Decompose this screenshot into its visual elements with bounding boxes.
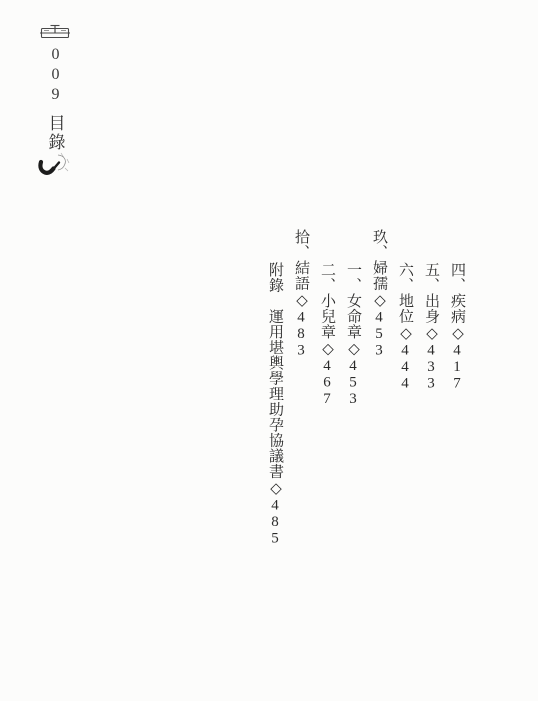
toc-entry-background: 五、出身◇433 — [418, 229, 444, 559]
page-number: 009 — [46, 46, 64, 106]
toc-entry-women-children: 玖、婦孺◇453 — [366, 229, 392, 559]
toc-list: 四、疾病◇417 五、出身◇433 六、地位◇444 玖、婦孺◇453 一、女命… — [262, 229, 470, 559]
ink-scribble-icon — [36, 150, 74, 182]
toc-entry-status: 六、地位◇444 — [392, 229, 418, 559]
section-title: 目錄 — [43, 114, 68, 152]
page-header: 009 目錄 — [36, 24, 74, 182]
toc-entry-appendix: 附錄 運用堪輿學理助孕協議書◇485 — [262, 229, 288, 559]
book-page: 009 目錄 四、疾病◇417 五、出身◇433 六、地位◇444 玖、婦孺◇4… — [0, 0, 538, 701]
toc-entry-child-chapter: 二、小兒章◇467 — [314, 229, 340, 559]
toc-entry-female-life-chapter: 一、女命章◇453 — [340, 229, 366, 559]
toc-entry-illness: 四、疾病◇417 — [444, 229, 470, 559]
publisher-mark-icon — [40, 24, 70, 40]
toc-entry-conclusion: 拾、結語◇483 — [288, 229, 314, 559]
